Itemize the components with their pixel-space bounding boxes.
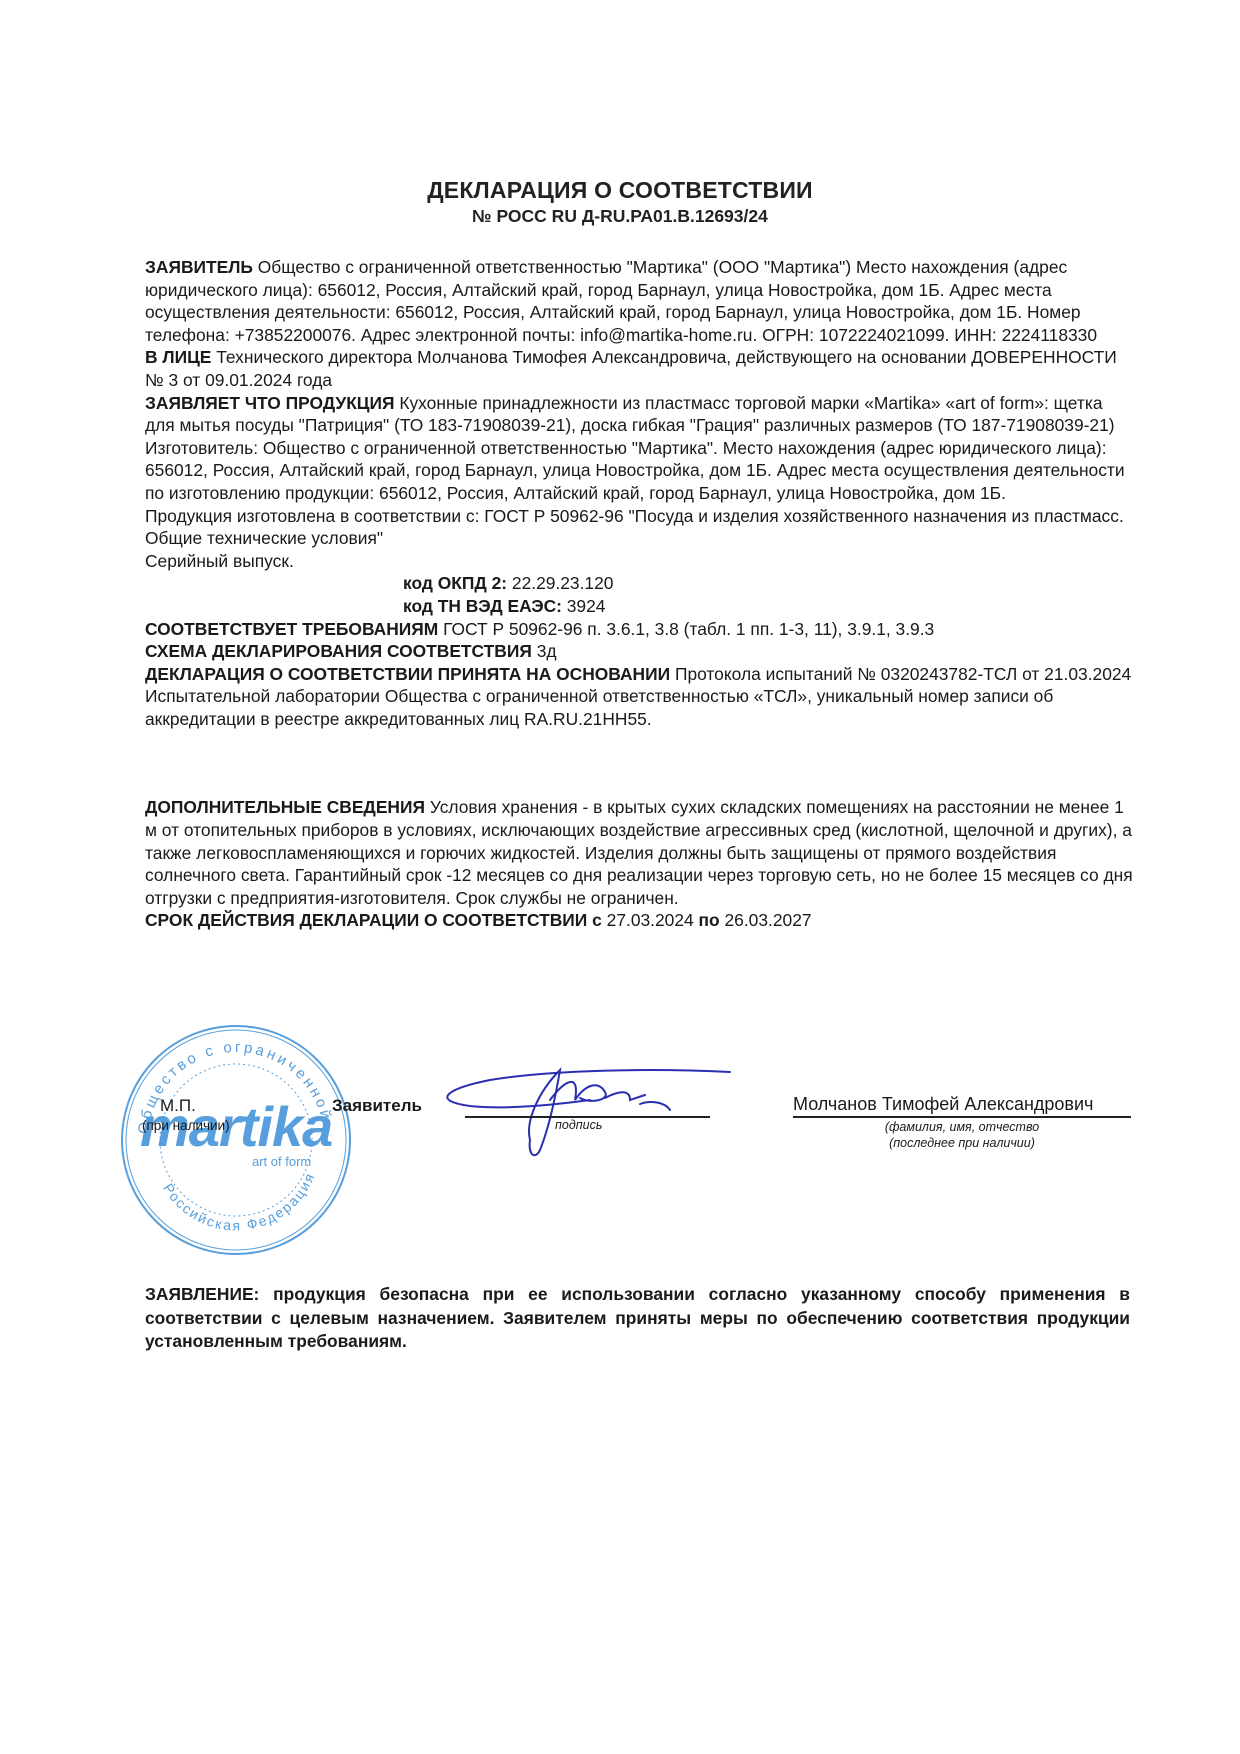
applicant-text: Общество с ограниченной ответственностью… [145, 257, 1097, 345]
validity-to-date: 26.03.2027 [720, 910, 812, 930]
scheme-text: 3д [532, 641, 557, 661]
svg-text:art of form: art of form [252, 1154, 311, 1169]
statement-text: продукция безопасна при ее использовании… [145, 1284, 1130, 1351]
represented-label: В ЛИЦЕ [145, 347, 211, 367]
requirements-section: СООТВЕТСТВУЕТ ТРЕБОВАНИЯМ ГОСТ Р 50962-9… [145, 618, 1135, 641]
document-number: № РОСС RU Д-RU.РА01.В.12693/24 [0, 206, 1240, 227]
statement-label: ЗАЯВЛЕНИЕ: [145, 1284, 259, 1304]
validity-section: СРОК ДЕЙСТВИЯ ДЕКЛАРАЦИИ О СООТВЕТСТВИИ … [145, 909, 1135, 932]
additional-section: ДОПОЛНИТЕЛЬНЫЕ СВЕДЕНИЯ Условия хранения… [145, 796, 1135, 909]
tnved-label: код ТН ВЭД ЕАЭС: [403, 596, 562, 616]
okpd-value: 22.29.23.120 [507, 573, 613, 593]
basis-section: ДЕКЛАРАЦИЯ О СООТВЕТСТВИИ ПРИНЯТА НА ОСН… [145, 663, 1135, 731]
represented-section: В ЛИЦЕ Технического директора Молчанова … [145, 346, 1135, 391]
document-body: ЗАЯВИТЕЛЬ Общество с ограниченной ответс… [145, 256, 1135, 932]
scheme-label: СХЕМА ДЕКЛАРИРОВАНИЯ СООТВЕТСТВИЯ [145, 641, 532, 661]
validity-from-label: с [587, 910, 602, 930]
applicant-signature-label: Заявитель [332, 1096, 422, 1116]
signer-name: Молчанов Тимофей Александрович [793, 1094, 1093, 1115]
signature-caption: подпись [555, 1118, 602, 1132]
declares-label: ЗАЯВЛЯЕТ ЧТО ПРОДУКЦИЯ [145, 393, 395, 413]
manufacturer-section: Изготовитель: Общество с ограниченной от… [145, 437, 1135, 505]
okpd-code: код ОКПД 2: 22.29.23.120 [145, 572, 1135, 595]
tnved-value: 3924 [562, 596, 606, 616]
signature-icon [430, 1060, 740, 1160]
declaration-document: ДЕКЛАРАЦИЯ О СООТВЕТСТВИИ № РОСС RU Д-RU… [0, 0, 1240, 1754]
scheme-section: СХЕМА ДЕКЛАРИРОВАНИЯ СООТВЕТСТВИЯ 3д [145, 640, 1135, 663]
spacer [145, 730, 1135, 796]
seal-place-note: (при наличии) [142, 1118, 230, 1133]
validity-from-date: 27.03.2024 [602, 910, 694, 930]
produced-per-section: Продукция изготовлена в соответствии с: … [145, 505, 1135, 550]
company-stamp-icon: Общество с ограниченной Российская Федер… [118, 1022, 354, 1258]
requirements-label: СООТВЕТСТВУЕТ ТРЕБОВАНИЯМ [145, 619, 438, 639]
svg-text:Российская Федерация: Российская Федерация [160, 1169, 318, 1233]
applicant-section: ЗАЯВИТЕЛЬ Общество с ограниченной ответс… [145, 256, 1135, 346]
name-line [793, 1116, 1131, 1118]
declares-section: ЗАЯВЛЯЕТ ЧТО ПРОДУКЦИЯ Кухонные принадле… [145, 392, 1135, 437]
document-title: ДЕКЛАРАЦИЯ О СООТВЕТСТВИИ [0, 177, 1240, 204]
requirements-text: ГОСТ Р 50962-96 п. 3.6.1, 3.8 (табл. 1 п… [438, 619, 934, 639]
additional-label: ДОПОЛНИТЕЛЬНЫЕ СВЕДЕНИЯ [145, 797, 425, 817]
statement-section: ЗАЯВЛЕНИЕ: продукция безопасна при ее ис… [145, 1283, 1130, 1354]
tnved-code: код ТН ВЭД ЕАЭС: 3924 [145, 595, 1135, 618]
seal-place-label: М.П. [160, 1096, 196, 1116]
represented-text: Технического директора Молчанова Тимофея… [145, 347, 1117, 390]
basis-label: ДЕКЛАРАЦИЯ О СООТВЕТСТВИИ ПРИНЯТА НА ОСН… [145, 664, 670, 684]
production-type: Серийный выпуск. [145, 550, 1135, 573]
applicant-label: ЗАЯВИТЕЛЬ [145, 257, 253, 277]
validity-label: СРОК ДЕЙСТВИЯ ДЕКЛАРАЦИИ О СООТВЕТСТВИИ [145, 910, 587, 930]
name-caption-1: (фамилия, имя, отчество [793, 1120, 1131, 1134]
name-caption-2: (последнее при наличии) [793, 1136, 1131, 1150]
okpd-label: код ОКПД 2: [403, 573, 507, 593]
validity-to-label: по [694, 910, 720, 930]
